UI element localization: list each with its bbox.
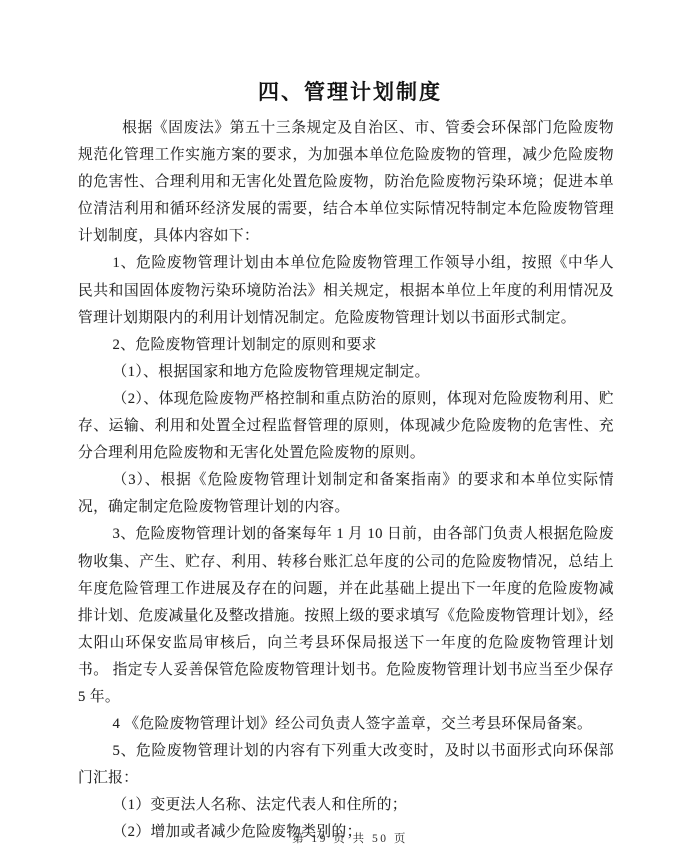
body-paragraph: 1、危险废物管理计划由本单位危险废物管理工作领导小组，按照《中华人民共和国固体废… (78, 250, 614, 331)
body-paragraph: 根据《固废法》第五十三条规定及自治区、市、管委会环保部门危险废物规范化管理工作实… (78, 115, 614, 250)
body-paragraph: （3）、根据《危险废物管理计划制定和备案指南》的要求和本单位实际情况，确定制定危… (78, 467, 614, 521)
page-title: 四、管理计划制度 (0, 0, 700, 105)
page-footer: 第 19 页 共 50 页 (0, 830, 700, 846)
body-paragraph: 2、危险废物管理计划制定的原则和要求 (78, 332, 614, 359)
body-paragraph: （1）变更法人名称、法定代表人和住所的； (78, 792, 614, 819)
document-page: 四、管理计划制度 根据《固废法》第五十三条规定及自治区、市、管委会环保部门危险废… (0, 0, 700, 852)
body-paragraph: （1）、根据国家和地方危险废物管理规定制定。 (78, 359, 614, 386)
document-body: 根据《固废法》第五十三条规定及自治区、市、管委会环保部门危险废物规范化管理工作实… (0, 105, 700, 847)
body-paragraph: 3、危险废物管理计划的备案每年 1 月 10 日前，由各部门负责人根据危险废物收… (78, 521, 614, 711)
body-paragraph: 5、危险废物管理计划的内容有下列重大改变时，及时以书面形式向环保部门汇报： (78, 738, 614, 792)
body-paragraph: （2）、体现危险废物严格控制和重点防治的原则，体现对危险废物利用、贮存、运输、利… (78, 386, 614, 467)
body-paragraph: 4 《危险废物管理计划》经公司负责人签字盖章，交兰考县环保局备案。 (78, 711, 614, 738)
